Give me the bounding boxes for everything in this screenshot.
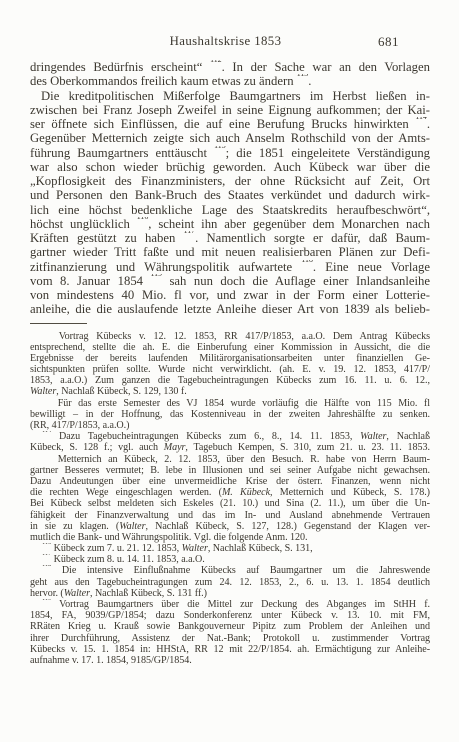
text-run: Kräften gestützt zu haben bbox=[30, 231, 184, 245]
running-header-title: Haushaltskrise 1853 bbox=[170, 34, 282, 49]
running-header: Haushaltskrise 1853 681 bbox=[30, 34, 430, 49]
text-run: Gegenüber Metternich zeigte sich auch An… bbox=[30, 131, 430, 145]
text-run: sichtspunkten prüfen sollte. Wurde nicht… bbox=[30, 364, 430, 375]
text-line: anleihe, die die auslaufende letzte Anle… bbox=[30, 302, 430, 316]
text-line: ihrer Durchführung, Assistenz der Nat.-B… bbox=[30, 633, 430, 644]
text-run: , Nachlaß Kübeck, S. 131, bbox=[208, 543, 313, 554]
text-run: und Personen den Bank-Bruch des Staates … bbox=[30, 188, 430, 202]
text-line: 116 Kübeck zum 7. u. 21. 12. 1853, Walte… bbox=[30, 543, 430, 554]
text-line: 115 Metternich an Kübeck, 2. 12. 1853, ü… bbox=[30, 454, 430, 465]
text-line: führung Baumgartners enttäuscht 115; die… bbox=[30, 146, 430, 160]
text-run: , Nachlaß Kübeck, S. 127, 128.) Gegensta… bbox=[145, 521, 430, 532]
text-run: mutlich die Bank- und Währungspolitik. V… bbox=[30, 532, 308, 543]
text-line: hervor. (Walter, Nachlaß Kübeck, S. 131 … bbox=[30, 588, 430, 599]
cited-author: Walter bbox=[360, 431, 386, 442]
text-run: Kübeck zum 8. u. 14. 11. 1853, a.a.O. bbox=[51, 554, 205, 565]
text-run: RRäten Krieg u. Krauß sowie Bankgouverne… bbox=[30, 621, 430, 632]
text-line: Die kreditpolitischen Mißerfolge Baumgar… bbox=[30, 89, 430, 103]
footnote-ref: 113 bbox=[297, 74, 309, 78]
text-line: 113 Für das erste Semester des VJ 1854 w… bbox=[30, 398, 430, 409]
body-text: dringendes Bedürfnis erscheint“ 112. In … bbox=[30, 60, 430, 317]
cited-author: Walter bbox=[182, 543, 208, 554]
text-line: Kübecks v. 15. 1. 1854 in: HHStA, RR 12 … bbox=[30, 644, 430, 655]
footnote-ref: 115 bbox=[42, 454, 51, 457]
cited-author: Walter bbox=[64, 588, 90, 599]
text-line: 118 Die intensive Einflußnahme Kübecks a… bbox=[30, 565, 430, 576]
text-line: Gegenüber Metternich zeigte sich auch An… bbox=[30, 131, 430, 145]
text-run: gartner Besseres vermutet; B. lebe in Il… bbox=[30, 465, 430, 476]
text-run: Kübecks v. 15. 1. 1854 in: HHStA, RR 12 … bbox=[30, 644, 430, 655]
text-run: von mindestens 40 Mio. fl vor, und zwar … bbox=[30, 288, 430, 302]
text-run: Ergebnisse der bereits laufenden Militär… bbox=[30, 353, 430, 364]
text-line: 114 Dazu Tagebucheintragungen Kübecks zu… bbox=[30, 431, 430, 442]
footnote-ref: 119 bbox=[42, 599, 51, 602]
footnote-ref: 116 bbox=[137, 217, 149, 221]
text-run: Die intensive Einflußnahme Kübecks auf B… bbox=[51, 565, 430, 576]
text-line: Kräften gestützt zu haben 117. Namentlic… bbox=[30, 231, 430, 245]
text-run: ; die 1851 eingeleitete Verständigung bbox=[226, 146, 430, 160]
text-run: zwischen bei Franz Joseph Zweifel in sei… bbox=[30, 103, 430, 117]
text-run: hervor. ( bbox=[30, 588, 64, 599]
text-line: lich eine höchst bedenkliche Lage des St… bbox=[30, 203, 430, 217]
footnote-separator bbox=[30, 323, 87, 324]
text-line: vom 8. Januar 1854 119 sah nun doch die … bbox=[30, 274, 430, 288]
text-run: höchst unglücklich bbox=[30, 217, 137, 231]
text-run: , Nachlaß Kübeck, S. 129, 130 f. bbox=[56, 386, 186, 397]
footnotes: 112 Vortrag Kübecks v. 12. 12. 1853, RR … bbox=[30, 331, 430, 667]
text-line: von mindestens 40 Mio. fl vor, und zwar … bbox=[30, 288, 430, 302]
footnote-ref: 112 bbox=[210, 60, 222, 64]
text-line: des Oberkommandos freilich kaum etwas zu… bbox=[30, 74, 430, 88]
text-run: , Tagebuch Kempen, S. 310, zum 21. u. 23… bbox=[185, 442, 430, 453]
text-run: ihrer Durchführung, Assistenz der Nat.-B… bbox=[30, 633, 430, 644]
text-run: (RR, 417/P/1853, a.a.O.) bbox=[30, 420, 129, 431]
text-run: . bbox=[427, 117, 430, 131]
footnote-ref: 117 bbox=[42, 554, 51, 557]
text-run: entsprechend, stellte die ah. E. die Ein… bbox=[30, 342, 430, 353]
text-run: anleihe, die die auslaufende letzte Anle… bbox=[30, 302, 430, 316]
text-run: 1853, a.a.O.) Zum ganzen die Tagebuchein… bbox=[30, 375, 430, 386]
text-run: die rechten Wege eingeschlagen werden. ( bbox=[30, 487, 222, 498]
text-line: aufnahme v. 17. 1. 1854, 9185/GP/1854. bbox=[30, 655, 430, 666]
footnote-112: 112 Vortrag Kübecks v. 12. 12. 1853, RR … bbox=[30, 331, 430, 398]
footnote-ref: 114 bbox=[415, 117, 427, 121]
text-run: Für das erste Semester des VJ 1854 wurde… bbox=[51, 398, 430, 409]
text-line: Ergebnisse der bereits laufenden Militär… bbox=[30, 353, 430, 364]
cited-author: Walter bbox=[119, 521, 145, 532]
footnote-ref: 116 bbox=[42, 543, 51, 546]
text-run: . bbox=[308, 74, 311, 88]
footnote-ref: 117 bbox=[184, 231, 196, 235]
footnote-ref: 119 bbox=[151, 274, 163, 278]
text-line: war also schon wieder brüchig geworden. … bbox=[30, 160, 430, 174]
text-run: aufnahme v. 17. 1. 1854, 9185/GP/1854. bbox=[30, 655, 192, 666]
text-run: vom 8. Januar 1854 bbox=[30, 274, 151, 288]
cited-author: Mayr bbox=[164, 442, 186, 453]
text-line: ser öffnete sich Einflüssen, die auf ein… bbox=[30, 117, 430, 131]
text-line: bewilligt – in der Hoffnung, das Kostenn… bbox=[30, 409, 430, 420]
text-line: sichtspunkten prüfen sollte. Wurde nicht… bbox=[30, 364, 430, 375]
text-line: fähigkeit der Finanzverwaltung und das i… bbox=[30, 510, 430, 521]
text-run: , Nachlaß bbox=[386, 431, 430, 442]
text-line: gartner wieder Tritt faßte und mit neuen… bbox=[30, 245, 430, 259]
text-line: Dazu Andeutungen über eine unvermeidlich… bbox=[30, 476, 430, 487]
text-run: Bei Kübeck selbst meldeten sich Eskeles … bbox=[30, 498, 430, 509]
text-run: Metternich an Kübeck, 2. 12. 1853, über … bbox=[51, 454, 430, 465]
text-run: 1854, FA, 9039/GP/1854; dazu Sonderkonfe… bbox=[30, 610, 430, 621]
footnote-119: 119 Vortrag Baumgartners über die Mittel… bbox=[30, 599, 430, 666]
text-line: „Kopflosigkeit des Finanzministers, der … bbox=[30, 174, 430, 188]
footnote-ref: 112 bbox=[42, 331, 51, 334]
text-run: Dazu Andeutungen über eine unvermeidlich… bbox=[30, 476, 430, 487]
text-run: war also schon wieder brüchig geworden. … bbox=[30, 160, 430, 174]
text-run: in sie zu klagen. ( bbox=[30, 521, 119, 532]
text-run: führung Baumgartners enttäuscht bbox=[30, 146, 214, 160]
text-run: dringendes Bedürfnis erscheint“ bbox=[30, 60, 210, 74]
footnote-117: 117 Kübeck zum 8. u. 14. 11. 1853, a.a.O… bbox=[30, 554, 430, 565]
text-line: in sie zu klagen. (Walter, Nachlaß Kübec… bbox=[30, 521, 430, 532]
text-line: 1854, FA, 9039/GP/1854; dazu Sonderkonfe… bbox=[30, 610, 430, 621]
text-run: geht aus den Tagebucheintragungen zum 24… bbox=[30, 577, 430, 588]
footnote-115: 115 Metternich an Kübeck, 2. 12. 1853, ü… bbox=[30, 454, 430, 544]
text-run: Kübeck zum 7. u. 21. 12. 1853, bbox=[51, 543, 181, 554]
text-run: Kübeck, S. 128 f.; vgl. auch bbox=[30, 442, 164, 453]
text-line: gartner Besseres vermutet; B. lebe in Il… bbox=[30, 465, 430, 476]
text-line: 112 Vortrag Kübecks v. 12. 12. 1853, RR … bbox=[30, 331, 430, 342]
cited-author: Walter bbox=[30, 386, 56, 397]
text-line: RRäten Krieg u. Krauß sowie Bankgouverne… bbox=[30, 621, 430, 632]
footnote-116: 116 Kübeck zum 7. u. 21. 12. 1853, Walte… bbox=[30, 543, 430, 554]
text-line: geht aus den Tagebucheintragungen zum 24… bbox=[30, 577, 430, 588]
footnote-ref: 114 bbox=[42, 431, 51, 434]
text-line: die rechten Wege eingeschlagen werden. (… bbox=[30, 487, 430, 498]
footnote-113: 113 Für das erste Semester des VJ 1854 w… bbox=[30, 398, 430, 432]
text-line: Walter, Nachlaß Kübeck, S. 129, 130 f. bbox=[30, 386, 430, 397]
text-line: zwischen bei Franz Joseph Zweifel in sei… bbox=[30, 103, 430, 117]
book-page: Haushaltskrise 1853 681 dringendes Bedür… bbox=[0, 0, 459, 742]
footnote-ref: 113 bbox=[42, 398, 51, 401]
text-line: mutlich die Bank- und Währungspolitik. V… bbox=[30, 532, 430, 543]
text-line: Bei Kübeck selbst meldeten sich Eskeles … bbox=[30, 498, 430, 509]
text-run: sah nun doch die Auflage einer Inlandsan… bbox=[162, 274, 430, 288]
text-line: 119 Vortrag Baumgartners über die Mittel… bbox=[30, 599, 430, 610]
footnote-114: 114 Dazu Tagebucheintragungen Kübecks zu… bbox=[30, 431, 430, 453]
footnote-ref: 118 bbox=[42, 565, 51, 568]
text-run: Dazu Tagebucheintragungen Kübecks zum 6.… bbox=[51, 431, 360, 442]
text-line: Kübeck, S. 128 f.; vgl. auch Mayr, Tageb… bbox=[30, 442, 430, 453]
text-run: Die kreditpolitischen Mißerfolge Baumgar… bbox=[41, 89, 430, 103]
text-run: . Eine neue Vorlage bbox=[313, 260, 430, 274]
footnote-ref: 115 bbox=[214, 146, 226, 150]
text-line: 1853, a.a.O.) Zum ganzen die Tagebuchein… bbox=[30, 375, 430, 386]
text-run: . In der Sache war an den Vorlagen bbox=[222, 60, 430, 74]
footnote-ref: 118 bbox=[301, 260, 313, 264]
text-run: . Namentlich sorgte er dafür, daß Baum- bbox=[195, 231, 430, 245]
text-run: „Kopflosigkeit des Finanzministers, der … bbox=[30, 174, 430, 188]
text-run: Vortrag Kübecks v. 12. 12. 1853, RR 417/… bbox=[51, 331, 430, 342]
text-line: und Personen den Bank-Bruch des Staates … bbox=[30, 188, 430, 202]
text-run: ser öffnete sich Einflüssen, die auf ein… bbox=[30, 117, 415, 131]
text-line: entsprechend, stellte die ah. E. die Ein… bbox=[30, 342, 430, 353]
text-run: lich eine höchst bedenkliche Lage des St… bbox=[30, 203, 430, 217]
footnote-118: 118 Die intensive Einflußnahme Kübecks a… bbox=[30, 565, 430, 599]
text-run: bewilligt – in der Hoffnung, das Kostenn… bbox=[30, 409, 430, 420]
page-number: 681 bbox=[378, 34, 399, 50]
text-run: , Nachlaß Kübeck, S. 131 ff.) bbox=[90, 588, 207, 599]
cited-author: M. Kübeck bbox=[222, 487, 270, 498]
text-line: dringendes Bedürfnis erscheint“ 112. In … bbox=[30, 60, 430, 74]
text-run: des Oberkommandos freilich kaum etwas zu… bbox=[30, 74, 297, 88]
text-run: zitfinanzierung und Währungspolitik aufw… bbox=[30, 260, 301, 274]
text-run: gartner wieder Tritt faßte und mit neuen… bbox=[30, 245, 430, 259]
text-line: zitfinanzierung und Währungspolitik aufw… bbox=[30, 260, 430, 274]
text-run: Vortrag Baumgartners über die Mittel zur… bbox=[51, 599, 430, 610]
text-run: , scheint ihn aber gegenüber dem Monarch… bbox=[148, 217, 430, 231]
text-line: 117 Kübeck zum 8. u. 14. 11. 1853, a.a.O… bbox=[30, 554, 430, 565]
text-run: , Metternich und Kübeck, S. 178.) bbox=[270, 487, 430, 498]
text-run: fähigkeit der Finanzverwaltung und das i… bbox=[30, 510, 430, 521]
text-line: (RR, 417/P/1853, a.a.O.) bbox=[30, 420, 430, 431]
text-line: höchst unglücklich 116, scheint ihn aber… bbox=[30, 217, 430, 231]
